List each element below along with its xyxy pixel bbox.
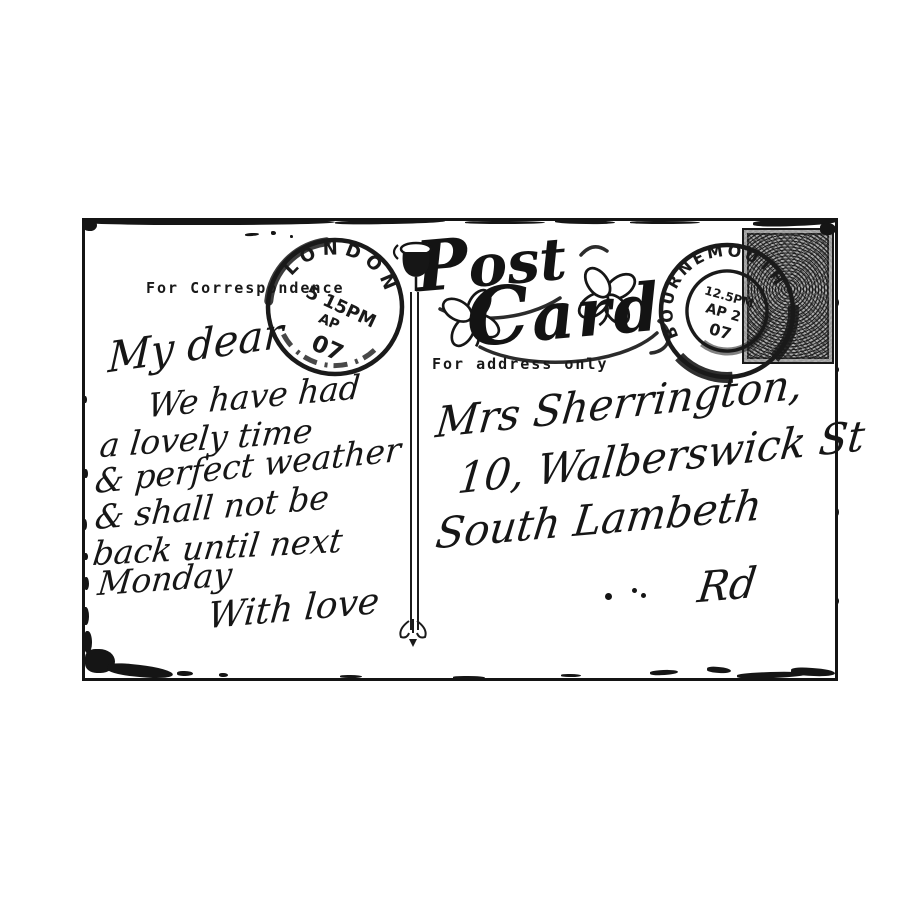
ink-blot (632, 588, 637, 593)
ink-blot (83, 519, 87, 530)
ink-blot (83, 607, 89, 625)
message-line: My dear (107, 308, 284, 382)
ink-blot (85, 219, 335, 225)
ink-blot (561, 674, 581, 677)
ink-blot (641, 593, 646, 598)
ink-blot (335, 219, 445, 225)
ink-blot (83, 219, 97, 231)
title-word-card: Card (463, 262, 664, 358)
london-postmark-time: 5 15PM (302, 282, 379, 333)
scanned-postcard: For Correspondence For address only (0, 0, 913, 913)
ink-blot (177, 671, 193, 676)
ink-blot (836, 299, 839, 306)
postcard-frame: For Correspondence For address only (82, 218, 838, 681)
message-line: With love (206, 581, 381, 637)
ink-blot (707, 666, 731, 674)
ink-blot (836, 598, 839, 604)
ink-blot (84, 577, 89, 590)
divider-line (410, 292, 419, 630)
ink-blot (650, 669, 678, 675)
address-line: Rd (695, 558, 759, 613)
ink-blot (84, 553, 88, 560)
ink-blot (290, 235, 293, 238)
ink-blot (630, 221, 700, 224)
london-postmark: LONDON 5 15PM AP 07 (260, 232, 410, 382)
ink-blot (465, 221, 545, 224)
postcard-title: Post Card (413, 213, 664, 362)
ink-blot (271, 231, 276, 235)
ink-blot (219, 673, 228, 677)
ink-blot (84, 396, 87, 403)
ink-blot (245, 233, 259, 237)
ink-blot (836, 367, 839, 372)
ink-blot (453, 676, 485, 679)
ink-blot (107, 662, 174, 681)
ink-blot (605, 593, 612, 600)
ink-blot (820, 223, 836, 235)
ink-blot (340, 675, 362, 678)
ink-blot (84, 469, 88, 478)
ink-blot (835, 508, 839, 516)
divider-finial-icon (394, 619, 432, 651)
